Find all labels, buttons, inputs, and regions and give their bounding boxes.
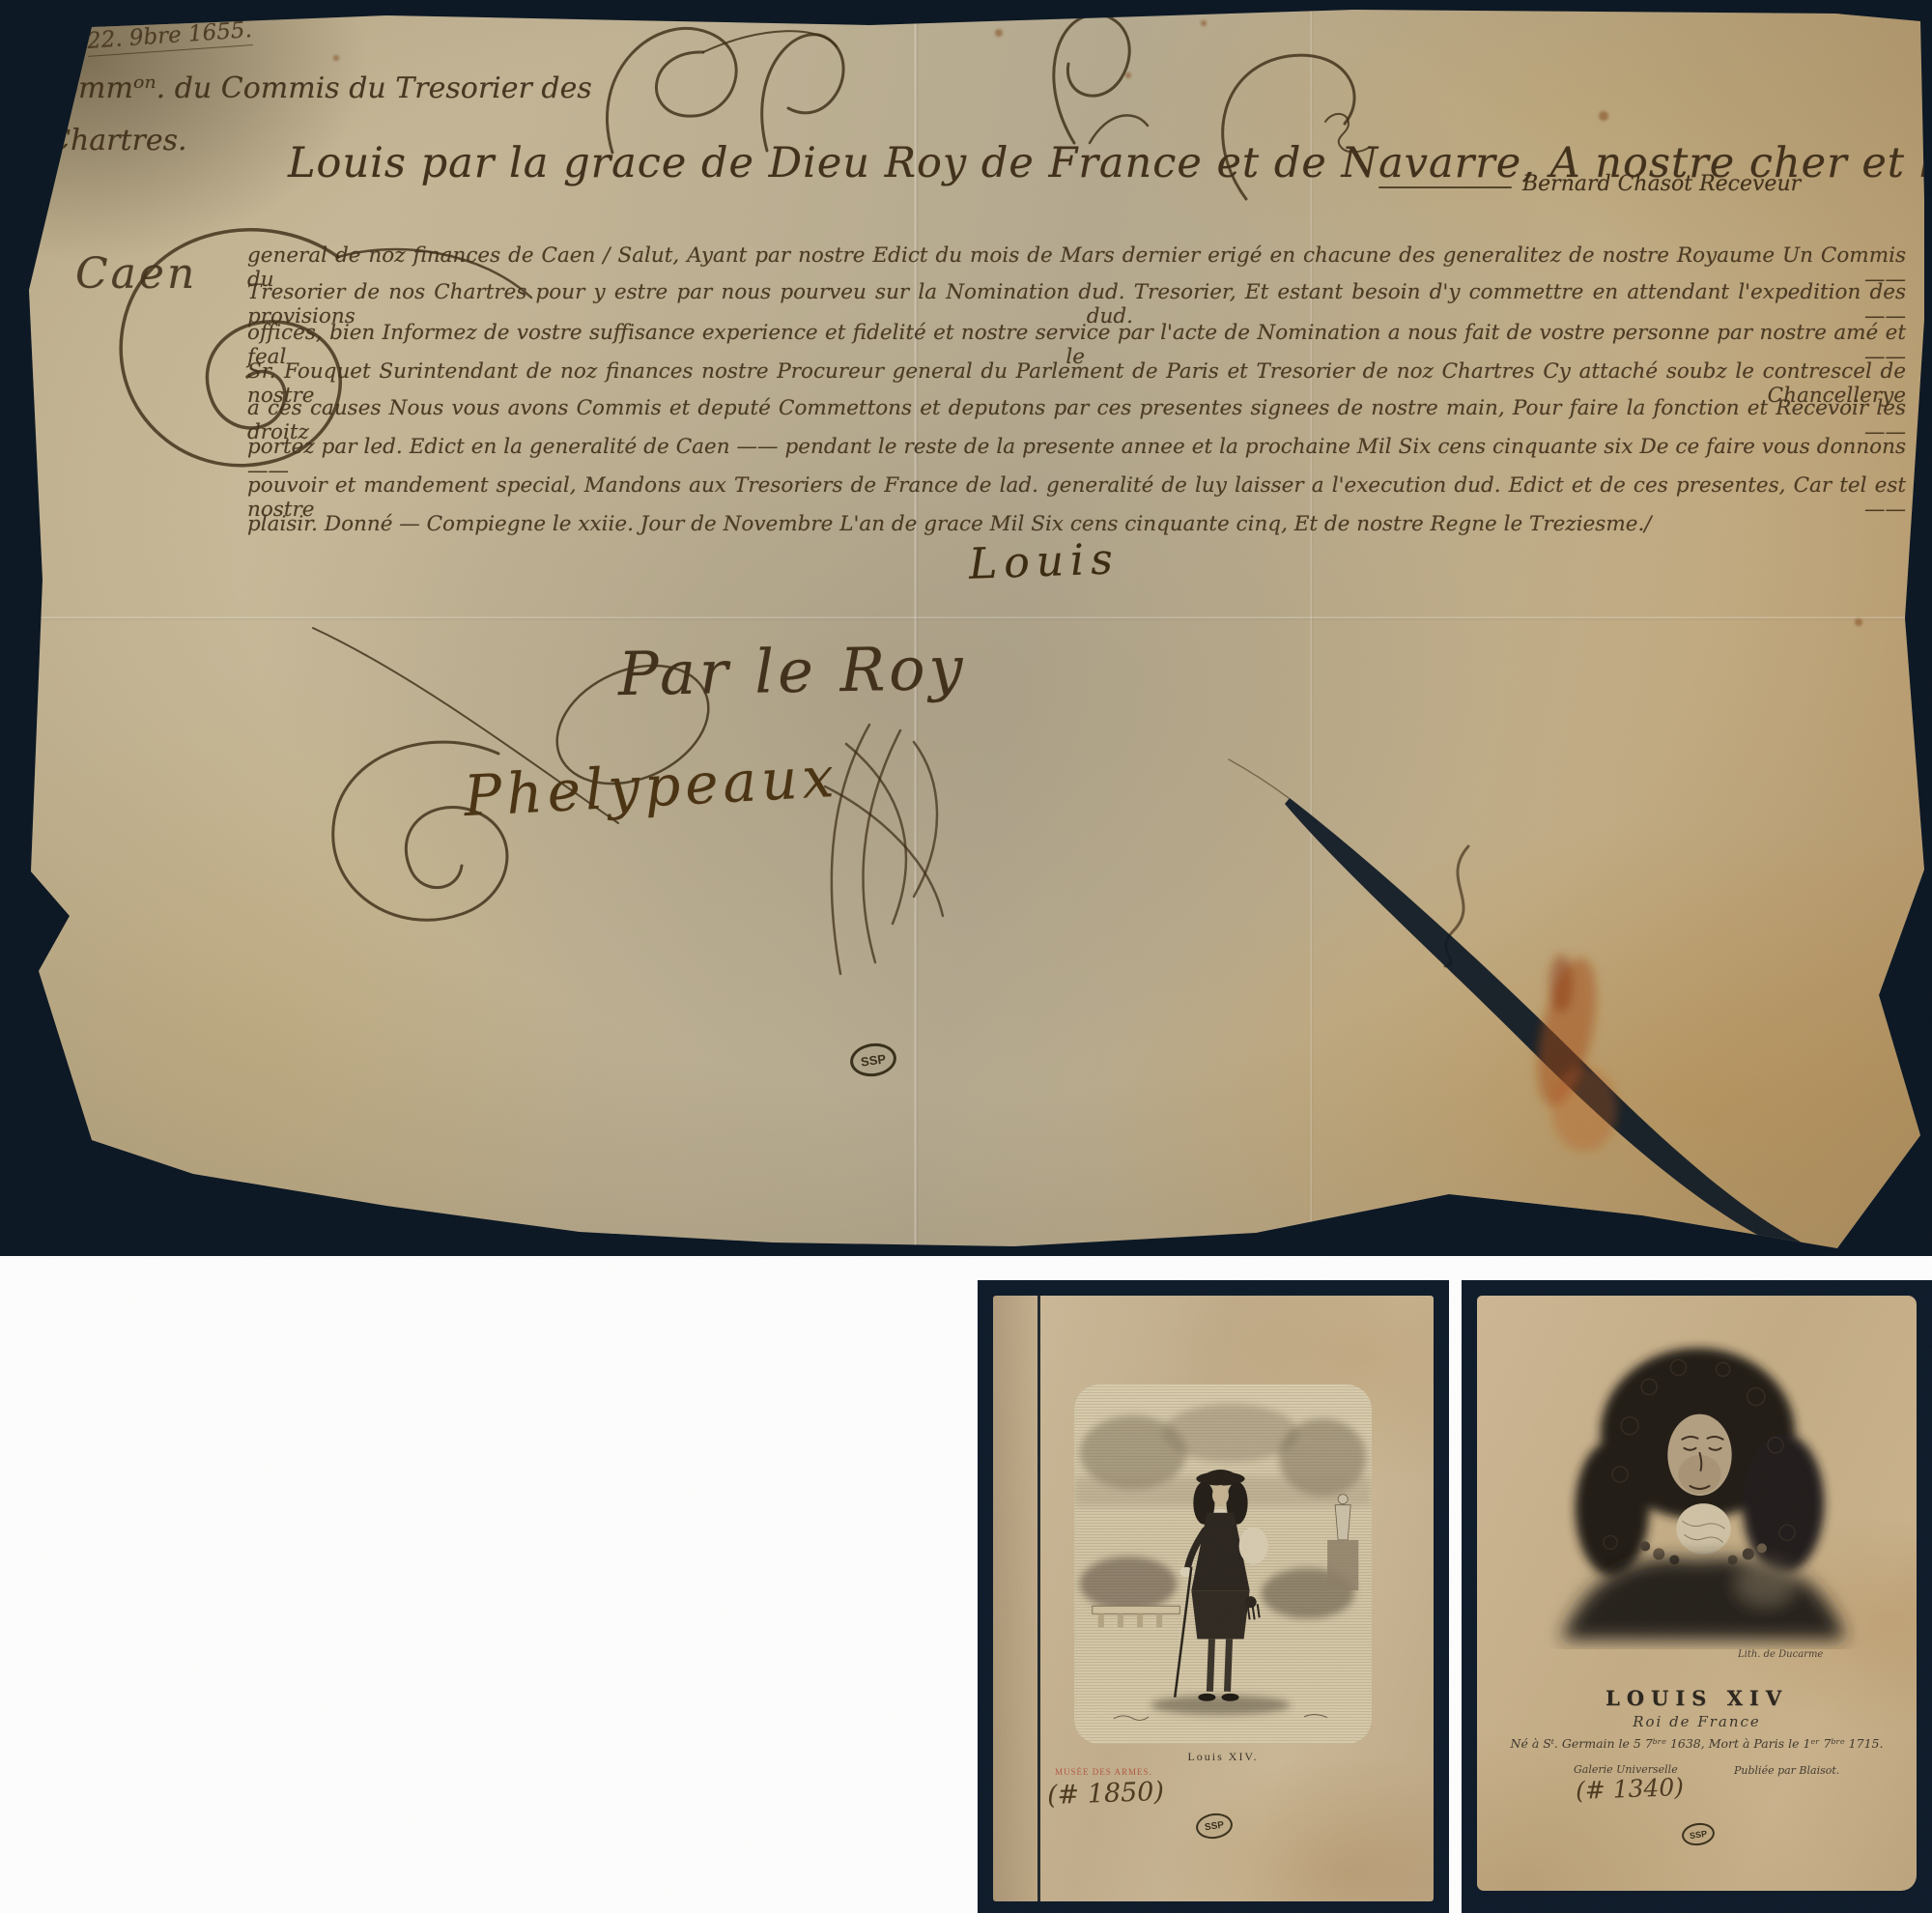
rust-spot	[995, 29, 1003, 37]
ssp-oval-stamp: SSP	[1194, 1811, 1234, 1841]
right-print-frame: Lith. de Ducarme LOUIS XIV Roi de France…	[1462, 1280, 1932, 1913]
engraving-art	[1074, 1385, 1372, 1744]
louis-xiv-garden-engraving	[1074, 1385, 1372, 1744]
portrait-subtitle: Roi de France	[1477, 1713, 1917, 1730]
archival-note-line1: Commᵒⁿ. du Commis du Tresorier des	[39, 71, 592, 105]
paraph-scribble	[825, 725, 943, 974]
inventory-number-handwritten: (# 1850)	[1046, 1777, 1164, 1811]
balustrade	[1093, 1606, 1179, 1627]
parchment-photo-section: 22. 9bre 1655. Commᵒⁿ. du Commis du Tres…	[0, 0, 1932, 1256]
rust-spot	[333, 55, 339, 61]
ground-shadow	[1151, 1696, 1291, 1715]
wig-curl	[1743, 1434, 1824, 1574]
wig-curl	[1576, 1441, 1649, 1577]
countersign-heading: Par le Roy	[617, 633, 967, 709]
prints-section: Louis XIV. MUSÉE DES ARMES. (# 1850) SSP	[0, 1256, 1932, 1913]
red-stain	[1549, 955, 1573, 1013]
lace-cravat	[1676, 1503, 1730, 1554]
archival-photo-collage: 22. 9bre 1655. Commᵒⁿ. du Commis du Tres…	[0, 0, 1932, 1913]
inventory-number-handwritten: (# 1340)	[1576, 1773, 1685, 1805]
armor-highlight	[1737, 1561, 1795, 1604]
life-dates-line: Né à Sᵗ. Germain le 5 7ᵇʳᵉ 1638, Mort à …	[1477, 1736, 1917, 1751]
left-print-frame: Louis XIV. MUSÉE DES ARMES. (# 1850) SSP	[978, 1280, 1449, 1913]
rust-spot	[1125, 72, 1131, 78]
engraving-caption: Louis XIV.	[1074, 1750, 1372, 1764]
royal-letters-patent-parchment: 22. 9bre 1655. Commᵒⁿ. du Commis du Tres…	[27, 8, 1924, 1256]
publisher-credit: Publiée par Blaisot.	[1734, 1764, 1839, 1777]
garden-statue	[1327, 1495, 1358, 1591]
red-stain	[1551, 1067, 1617, 1152]
ssp-stamp-text: SSP	[860, 1051, 887, 1069]
ssp-stamp-text: SSP	[1689, 1828, 1707, 1840]
lithographer-credit: Lith. de Ducarme	[1738, 1649, 1823, 1660]
ssp-stamp-text: SSP	[1204, 1819, 1224, 1833]
calligraphic-knot	[762, 35, 843, 151]
rust-spot	[1599, 111, 1608, 121]
portrait-title: LOUIS XIV	[1477, 1686, 1917, 1710]
louis-xiv-portrait-lithograph	[1531, 1309, 1864, 1649]
royal-signature: Louis	[968, 534, 1120, 588]
right-print-paper: Lith. de Ducarme LOUIS XIV Roi de France…	[1477, 1296, 1917, 1891]
tree-mass	[1162, 1404, 1298, 1462]
dating-clause-line: plaisir. Donné — Compiegne le xxiie. Jou…	[247, 512, 1652, 536]
generalite-margin-note: Caen	[75, 249, 197, 299]
archival-note-line2: Chartres.	[48, 124, 187, 157]
artist-signature-squiggle	[1304, 1715, 1327, 1718]
paper-fold-strip	[993, 1296, 1040, 1901]
artist-signature-squiggle	[1114, 1716, 1149, 1721]
calligraphic-knot	[1054, 14, 1129, 143]
bush	[1080, 1556, 1178, 1611]
left-print-paper: Louis XIV. MUSÉE DES ARMES. (# 1850) SSP	[993, 1296, 1434, 1901]
rust-spot	[1201, 20, 1207, 26]
addressee-name: Bernard Chasot Receveur	[1522, 172, 1801, 196]
rust-spot	[1855, 618, 1862, 626]
ssp-oval-stamp: SSP	[1681, 1821, 1717, 1848]
collection-red-stamp: MUSÉE DES ARMES.	[1055, 1767, 1152, 1777]
crack-hairline	[1229, 759, 1289, 798]
